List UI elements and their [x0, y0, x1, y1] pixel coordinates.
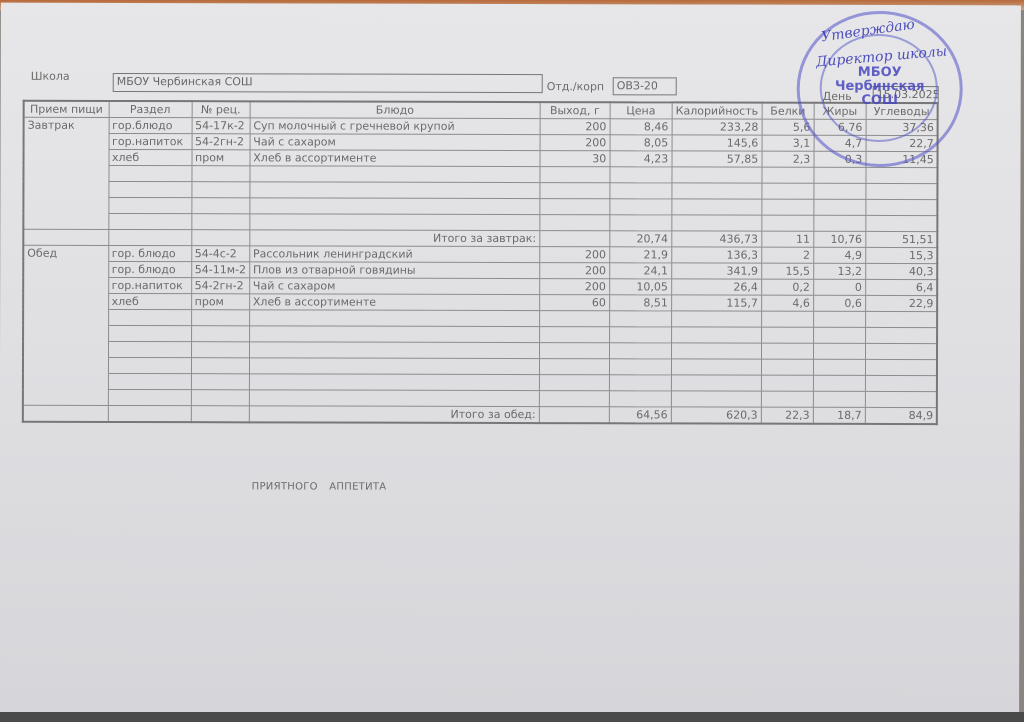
cell-yield: 30: [540, 151, 610, 167]
menu-table: Прием пищи Раздел № рец. Блюдо Выход, г …: [22, 100, 939, 425]
total-carbs: 84,9: [865, 407, 937, 424]
cell-fat: 0: [813, 279, 865, 295]
cell-dish: Суп молочный с гречневой крупой: [250, 118, 540, 135]
table-row: гор.напиток54-2гн-2Чай с сахаром2008,051…: [24, 133, 938, 151]
cell-calories: 26,4: [671, 279, 761, 295]
col-yield: Выход, г: [540, 102, 610, 119]
cell-yield: 200: [539, 247, 609, 263]
table-row: гор. блюдо54-11м-2Плов из отварной говяд…: [23, 261, 937, 279]
col-dish: Блюдо: [250, 101, 540, 118]
menu-table-body: Завтракгор.блюдо54-17к-2Суп молочный с г…: [23, 117, 938, 424]
cell-fat: 13,2: [813, 263, 865, 279]
menu-sheet: Школа МБОУ Чербинская СОШ Отд./корп ОВЗ-…: [0, 3, 1021, 718]
cell-yield: 200: [540, 135, 610, 151]
total-price: 20,74: [610, 231, 672, 247]
total-protein: 11: [762, 231, 814, 247]
cell-protein: 4,6: [761, 295, 813, 311]
cell-calories: 145,6: [672, 135, 762, 151]
footer-text: ПРИЯТНОГО АППЕТИТА: [252, 481, 387, 492]
total-label: Итого за завтрак:: [250, 230, 540, 247]
cell-section: гор. блюдо: [108, 245, 191, 261]
total-fat: 10,76: [814, 231, 866, 247]
cell-recipe: пром: [192, 150, 250, 166]
dept-value: ОВЗ-20: [613, 77, 677, 95]
meal-name: Обед: [23, 245, 108, 405]
col-calories: Калорийность: [672, 102, 762, 119]
cell-protein: 2: [761, 247, 813, 263]
cell-recipe: пром: [191, 294, 249, 310]
cell-price: 10,05: [609, 279, 671, 295]
cell-section: хлеб: [108, 293, 191, 309]
dept-label: Отд./корп: [547, 80, 604, 93]
cell-protein: 3,1: [762, 135, 814, 151]
col-recipe: № рец.: [192, 101, 250, 118]
cell-price: 8,05: [610, 135, 672, 151]
cell-carbs: 22,9: [865, 295, 937, 311]
cell-price: 24,1: [609, 263, 671, 279]
cell-calories: 115,7: [671, 295, 761, 311]
total-calories: 620,3: [671, 407, 761, 424]
total-protein: 22,3: [761, 407, 813, 424]
cell-recipe: 54-2гн-2: [192, 134, 250, 150]
total-fat: 18,7: [813, 407, 865, 424]
cell-price: 8,51: [609, 295, 671, 311]
cell-carbs: 6,4: [865, 279, 937, 295]
cell-recipe: 54-4с-2: [191, 246, 249, 262]
cell-calories: 136,3: [671, 247, 761, 263]
cell-dish: Чай с сахаром: [250, 134, 540, 151]
school-value: МБОУ Чербинская СОШ: [113, 73, 543, 93]
total-label: Итого за обед:: [249, 406, 539, 423]
cell-fat: 0,6: [813, 295, 865, 311]
cell-protein: 15,5: [761, 263, 813, 279]
cell-calories: 57,85: [672, 151, 762, 167]
school-label: Школа: [31, 70, 70, 83]
cell-recipe: 54-11м-2: [191, 262, 249, 278]
cell-protein: 2,3: [762, 151, 814, 167]
cell-section: гор.блюдо: [109, 117, 192, 133]
cell-carbs: 40,3: [865, 263, 937, 279]
cell-section: гор.напиток: [108, 277, 191, 293]
cell-price: 4,23: [610, 151, 672, 167]
cell-calories: 233,28: [672, 119, 762, 135]
cell-section: гор.напиток: [109, 133, 192, 149]
col-section: Раздел: [109, 101, 192, 118]
cell-dish: Хлеб в ассортименте: [250, 150, 540, 167]
table-row: гор.напиток54-2гн-2Чай с сахаром20010,05…: [23, 277, 937, 295]
total-price: 64,56: [609, 407, 671, 424]
table-row: Завтракгор.блюдо54-17к-2Суп молочный с г…: [24, 117, 938, 135]
cell-section: хлеб: [109, 149, 192, 165]
cell-calories: 341,9: [671, 263, 761, 279]
total-calories: 436,73: [672, 231, 762, 247]
cell-price: 21,9: [609, 247, 671, 263]
cell-fat: 4,9: [813, 247, 865, 263]
meal-name: Завтрак: [23, 117, 108, 229]
cell-recipe: 54-2гн-2: [191, 278, 249, 294]
cell-yield: 200: [540, 119, 610, 135]
cell-carbs: 15,3: [865, 247, 937, 263]
cell-dish: Плов из отварной говядины: [249, 262, 539, 279]
cell-yield: 200: [539, 263, 609, 279]
cell-section: гор. блюдо: [108, 261, 191, 277]
cell-yield: 60: [539, 295, 609, 311]
total-carbs: 51,51: [866, 231, 938, 247]
background-edge-bottom: [0, 712, 1024, 722]
stamp-line-3: СОШ: [800, 94, 960, 108]
cell-recipe: 54-17к-2: [192, 118, 250, 134]
col-meal: Прием пищи: [24, 101, 109, 118]
table-row: Обедгор. блюдо54-4с-2Рассольник ленингра…: [23, 245, 937, 263]
cell-protein: 0,2: [761, 279, 813, 295]
col-price: Цена: [610, 102, 672, 119]
cell-price: 8,46: [610, 119, 672, 135]
cell-dish: Чай с сахаром: [249, 278, 539, 295]
cell-dish: Рассольник ленинградский: [249, 246, 539, 263]
cell-dish: Хлеб в ассортименте: [249, 294, 539, 311]
cell-yield: 200: [539, 279, 609, 295]
total-row: Итого за обед:64,56620,322,318,784,9: [23, 405, 937, 424]
